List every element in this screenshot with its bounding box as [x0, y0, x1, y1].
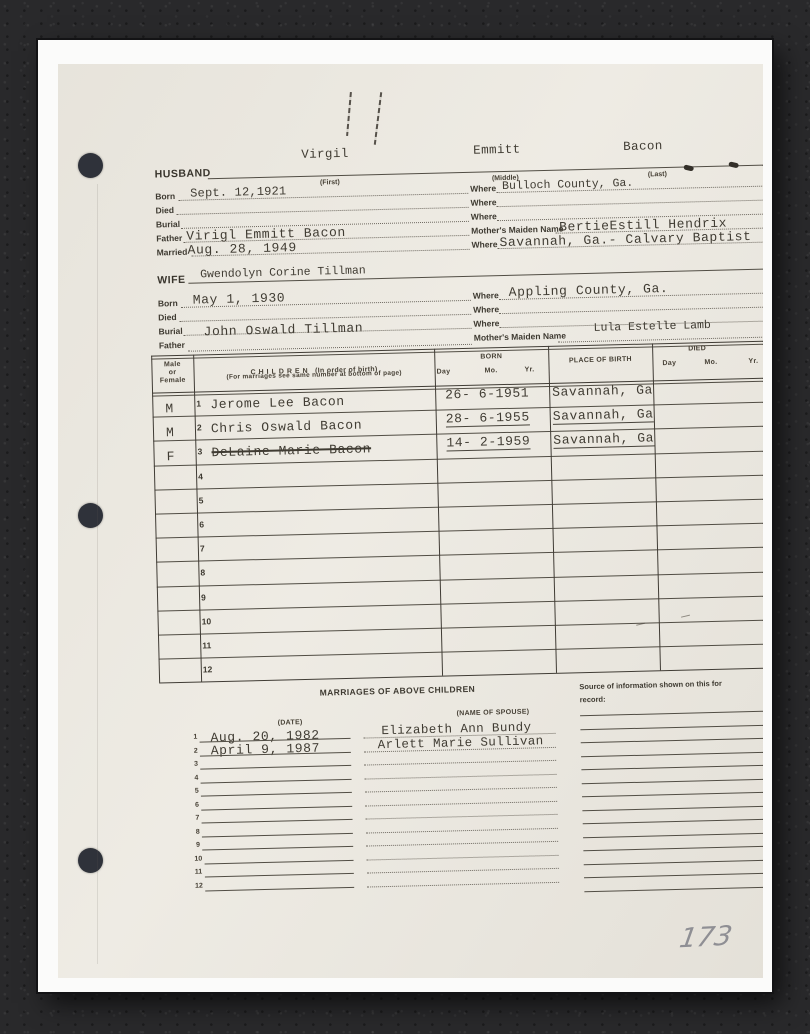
marriage-row-num: 10 — [194, 856, 202, 863]
child-name: Jerome Lee Bacon — [210, 394, 345, 412]
died-mo-label: Mo. — [704, 359, 717, 366]
husband-father-label: Father — [156, 233, 182, 244]
marriage-spouse-line — [367, 868, 559, 874]
marriage-date-line — [205, 860, 354, 865]
children-table: Male or Female CHILDREN (In order of bir… — [58, 64, 752, 65]
stray-mark — [635, 620, 645, 626]
marriage-row-num: 12 — [195, 883, 203, 890]
child-sex: M — [165, 401, 174, 416]
child-born: 28- 6-1955 — [446, 409, 530, 427]
husband-section: Virgil Emmitt Bacon HUSBAND (First) (Mid… — [58, 64, 752, 65]
child-born: 26- 6-1951 — [445, 385, 529, 402]
wife-burial-label: Burial — [158, 326, 182, 337]
date-column-header: (DATE) — [258, 719, 322, 728]
child-row-num: 4 — [198, 471, 203, 481]
marriage-spouse-line — [367, 882, 559, 888]
marriage-row-num: 8 — [196, 829, 200, 836]
husband-born-label: Born — [155, 191, 175, 201]
table-line — [154, 474, 763, 490]
marriage-spouse-line — [366, 828, 558, 834]
source-line — [581, 764, 763, 771]
husband-died-label: Died — [155, 205, 174, 215]
spouse-column-header: (NAME OF SPOUSE) — [441, 708, 545, 718]
last-caption: (Last) — [648, 171, 667, 178]
source-line — [581, 751, 763, 758]
husband-born-where-label: Where — [470, 183, 496, 194]
marriage-date-line — [202, 833, 353, 838]
table-line — [157, 571, 763, 587]
page-number: 173 — [677, 921, 734, 955]
marriage-spouse-line — [364, 760, 556, 766]
child-place: Savannah, Ga — [553, 406, 654, 424]
marriage-date-line — [201, 792, 352, 797]
marriage-date-line — [201, 779, 352, 784]
child-row-num: 7 — [200, 543, 205, 553]
field-line — [177, 207, 469, 215]
table-line — [157, 595, 763, 611]
source-label-line1: Source of information shown on this for — [579, 679, 722, 691]
sex-header-line1: Male — [164, 361, 181, 368]
table-line — [156, 522, 763, 538]
child-row-num: 2 — [197, 422, 202, 432]
husband-middle-name: Emmitt — [473, 143, 521, 158]
husband-married-label: Married — [157, 247, 188, 258]
family-group-sheet: Virgil Emmitt Bacon HUSBAND (First) (Mid… — [58, 64, 763, 978]
scanned-form: Virgil Emmitt Bacon HUSBAND (First) (Mid… — [58, 64, 763, 978]
died-yr-label: Yr. — [748, 358, 758, 365]
child-sex: M — [166, 425, 175, 440]
source-line — [580, 710, 763, 717]
husband-first-name: Virgil — [301, 147, 349, 162]
wife-mother-name: Lula Estelle Lamb — [593, 319, 711, 335]
wife-father-label: Father — [159, 340, 185, 351]
wife-label: WIFE — [157, 274, 186, 287]
marriage-spouse-line — [367, 855, 559, 861]
source-line — [580, 724, 763, 731]
marriage-date-line — [205, 887, 354, 892]
first-caption: (First) — [320, 179, 340, 186]
husband-burial-where-label: Where — [471, 211, 497, 222]
husband-name-line — [208, 164, 763, 179]
source-line — [584, 886, 763, 893]
source-label-line2: record: — [580, 695, 606, 705]
table-line — [155, 498, 763, 514]
husband-married-where-label: Where — [471, 239, 497, 250]
wife-father-name: John Oswald Tillman — [203, 320, 363, 339]
table-line — [652, 343, 661, 670]
husband-label: HUSBAND — [155, 167, 211, 180]
marriage-date-line — [200, 765, 351, 770]
marriage-date-line — [205, 873, 354, 878]
husband-died-where-label: Where — [470, 197, 496, 208]
ink-mark — [728, 161, 739, 168]
source-line — [583, 832, 763, 839]
marriage-spouse-line — [365, 787, 557, 793]
marriage-spouse-line — [365, 774, 557, 780]
table-line — [151, 356, 160, 683]
child-born: 14- 2-1959 — [446, 433, 530, 451]
child-row-num: 9 — [201, 592, 206, 602]
table-line — [434, 349, 443, 676]
child-row-num: 8 — [200, 567, 205, 577]
ink-mark — [683, 164, 694, 171]
marriage-row-num: 11 — [195, 869, 203, 876]
child-row-num: 6 — [199, 519, 204, 529]
marriages-section: MARRIAGES OF ABOVE CHILDREN (DATE) (NAME… — [58, 64, 752, 65]
source-line — [581, 737, 763, 744]
source-line — [582, 791, 763, 798]
marriage-row-num: 4 — [194, 775, 198, 782]
photo-of-document: Virgil Emmitt Bacon HUSBAND (First) (Mid… — [0, 0, 810, 1034]
born-yr-label: Yr. — [525, 366, 535, 373]
child-row-num: 1 — [196, 398, 201, 408]
stray-mark — [680, 612, 690, 618]
marriage-spouse-line — [365, 801, 557, 807]
marriage-row-num: 6 — [195, 802, 199, 809]
source-line — [584, 859, 763, 866]
place-column-header: PLACE OF BIRTH — [548, 355, 652, 365]
wife-died-where-label: Where — [473, 304, 499, 315]
died-day-label: Day — [662, 360, 676, 367]
husband-last-name: Bacon — [623, 139, 663, 154]
born-day-label: Day — [437, 368, 451, 375]
died-column-header: DIED — [652, 344, 742, 353]
marriage-row-num: 1 — [193, 734, 197, 741]
child-row-num: 3 — [197, 446, 202, 456]
field-line — [499, 306, 763, 314]
table-line — [158, 619, 763, 635]
husband-burial-label: Burial — [156, 219, 180, 230]
wife-section: WIFE Gwendolyn Corine Tillman Born May 1… — [58, 64, 752, 65]
table-line — [156, 546, 763, 562]
child-row-num: 5 — [199, 495, 204, 505]
sex-header-line2: or — [169, 369, 177, 376]
sex-column-header: Male or Female — [151, 361, 194, 386]
table-line — [159, 643, 763, 659]
marriage-date-line — [202, 846, 353, 851]
field-line — [497, 199, 763, 207]
marriage-spouse-line — [366, 841, 558, 847]
child-row-num: 10 — [202, 616, 212, 626]
source-line — [583, 818, 763, 825]
child-place: Savannah, Ga — [552, 382, 653, 399]
child-row-num: 12 — [203, 664, 213, 674]
born-mo-label: Mo. — [485, 367, 498, 374]
sex-header-line3: Female — [160, 377, 186, 385]
source-line — [582, 805, 763, 812]
child-name: DeLaine Marie Bacon — [211, 441, 371, 460]
marriage-spouse-line — [366, 814, 558, 820]
marriage-date-line — [202, 819, 353, 824]
source-line — [584, 872, 763, 879]
marriage-row-num: 3 — [194, 761, 198, 768]
marriage-row-num: 9 — [196, 842, 200, 849]
child-name: Chris Oswald Bacon — [211, 418, 363, 437]
source-line — [582, 778, 763, 785]
source-line — [583, 845, 763, 852]
child-place: Savannah, Ga — [553, 430, 654, 448]
marriages-title: MARRIAGES OF ABOVE CHILDREN — [297, 683, 497, 698]
wife-burial-where-label: Where — [473, 318, 499, 329]
marriage-date-line — [201, 806, 352, 811]
wife-born-label: Born — [158, 298, 178, 308]
born-column-header: BORN — [434, 352, 548, 362]
wife-mother-label: Mother's Maiden Name — [474, 331, 566, 343]
wife-died-label: Died — [158, 312, 177, 322]
child-row-num: 11 — [202, 640, 211, 650]
child-sex: F — [166, 449, 175, 464]
marriage-row-num: 2 — [194, 748, 198, 755]
marriage-row-num: 5 — [195, 788, 199, 795]
wife-born-where-label: Where — [473, 290, 499, 301]
paper-page: Virgil Emmitt Bacon HUSBAND (First) (Mid… — [38, 40, 772, 992]
marriage-row-num: 7 — [195, 815, 199, 822]
